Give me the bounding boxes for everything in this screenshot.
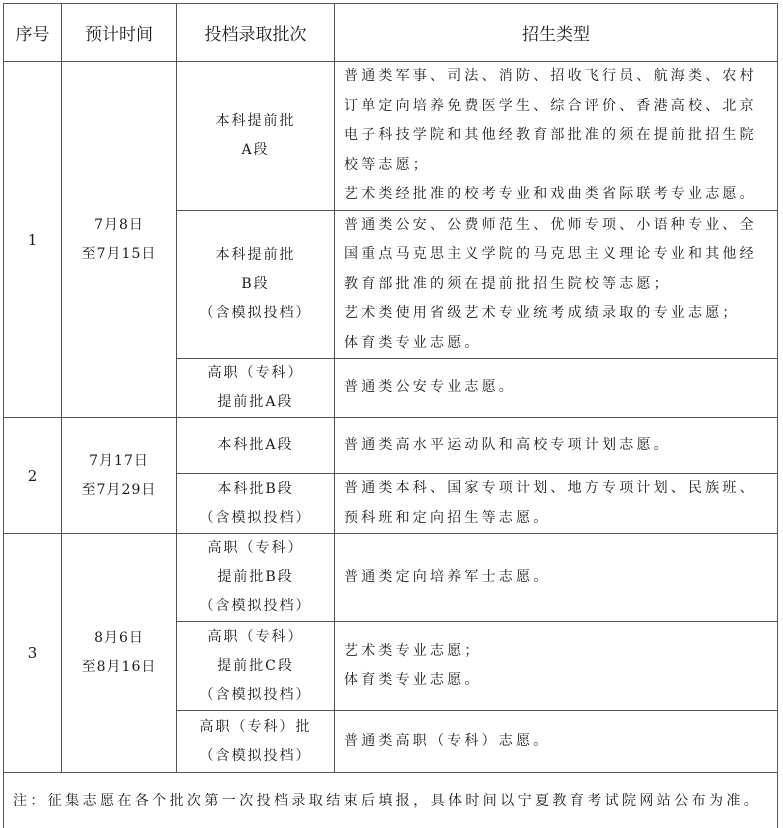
type-cell: 普通类本科、国家专项计划、地方专项计划、民族班、预科班和定向招生等志愿。 xyxy=(335,474,778,534)
type-cell: 普通类公安专业志愿。 xyxy=(335,359,778,418)
type-cell: 普通类定向培养军士志愿。 xyxy=(335,534,778,622)
batch-cell: 本科提前批 A段 xyxy=(177,62,335,211)
header-type: 招生类型 xyxy=(335,4,778,62)
batch-cell: 高职（专科） 提前批C段 （含模拟投档） xyxy=(177,622,335,711)
type-cell: 艺术类专业志愿； 体育类专业志愿。 xyxy=(335,622,778,711)
header-batch: 投档录取批次 xyxy=(177,4,335,62)
group-index: 2 xyxy=(4,418,62,534)
group-time: 7月17日 至7月29日 xyxy=(62,418,177,534)
type-cell: 普通类高职（专科）志愿。 xyxy=(335,711,778,773)
group-time: 7月8日 至7月15日 xyxy=(62,62,177,418)
table-row: 2 7月17日 至7月29日 本科批A段 普通类高水平运动队和高校专项计划志愿。 xyxy=(4,418,778,474)
group-time: 8月6日 至8月16日 xyxy=(62,534,177,773)
table-row: 3 8月6日 至8月16日 高职（专科） 提前批B段 （含模拟投档） 普通类定向… xyxy=(4,534,778,622)
batch-cell: 高职（专科） 提前批B段 （含模拟投档） xyxy=(177,534,335,622)
type-cell: 普通类军事、司法、消防、招收飞行员、航海类、农村订单定向培养免费医学生、综合评价… xyxy=(335,62,778,211)
admission-schedule-table: 序号 预计时间 投档录取批次 招生类型 1 7月8日 至7月15日 本科提前批 … xyxy=(3,3,778,828)
batch-cell: 本科批A段 xyxy=(177,418,335,474)
header-time: 预计时间 xyxy=(62,4,177,62)
header-index: 序号 xyxy=(4,4,62,62)
type-cell: 普通类高水平运动队和高校专项计划志愿。 xyxy=(335,418,778,474)
batch-cell: 高职（专科）批 （含模拟投档） xyxy=(177,711,335,773)
batch-cell: 本科批B段 （含模拟投档） xyxy=(177,474,335,534)
footnote: 注：征集志愿在各个批次第一次投档录取结束后填报，具体时间以宁夏教育考试院网站公布… xyxy=(4,773,778,828)
header-row: 序号 预计时间 投档录取批次 招生类型 xyxy=(4,4,778,62)
note-row: 注：征集志愿在各个批次第一次投档录取结束后填报，具体时间以宁夏教育考试院网站公布… xyxy=(4,773,778,828)
batch-cell: 高职（专科） 提前批A段 xyxy=(177,359,335,418)
group-index: 3 xyxy=(4,534,62,773)
table-row: 1 7月8日 至7月15日 本科提前批 A段 普通类军事、司法、消防、招收飞行员… xyxy=(4,62,778,211)
batch-cell: 本科提前批 B段 （含模拟投档） xyxy=(177,210,335,359)
type-cell: 普通类公安、公费师范生、优师专项、小语种专业、全国重点马克思主义学院的马克思主义… xyxy=(335,210,778,359)
group-index: 1 xyxy=(4,62,62,418)
